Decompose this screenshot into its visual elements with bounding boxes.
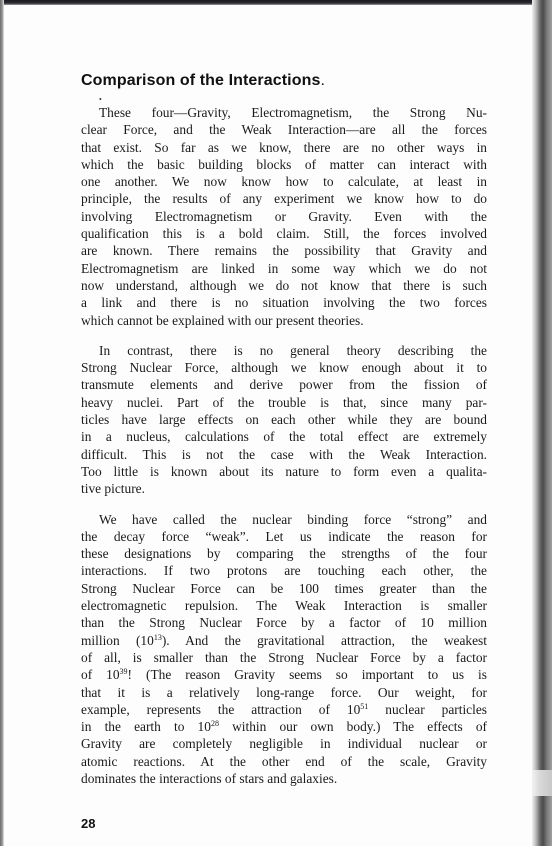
text-line-with-exponent: in the earth to 1028 within our own body…: [81, 718, 487, 735]
text-fragment: of 10: [81, 667, 120, 682]
text-line: that exist. So far as we know, there are…: [81, 139, 487, 156]
text-line: which the basic building blocks of matte…: [81, 156, 487, 173]
text-line: difficult. This is not the case with the…: [81, 446, 487, 463]
text-line: transmute elements and derive power from…: [81, 376, 487, 393]
text-line-with-exponent: of 1039! (The reason Gravity seems so im…: [81, 666, 487, 683]
exponent: 39: [120, 667, 128, 676]
text-line: in a nucleus, calculations of the total …: [81, 428, 487, 445]
book-binding-shadow: [532, 0, 552, 846]
text-line: which cannot be explained with our prese…: [81, 312, 487, 329]
text-line: now understand, although we do not know …: [81, 277, 487, 294]
text-line: qualification this is a bold claim. Stil…: [81, 225, 487, 242]
page-number: 28: [81, 816, 95, 831]
exponent: 13: [154, 633, 162, 642]
text-line: interactions. If two protons are touchin…: [81, 562, 487, 579]
text-line-with-exponent: example, represents the attraction of 10…: [81, 701, 487, 718]
text-line: a link and there is no situation involvi…: [81, 294, 487, 311]
text-line: involving Electromagnetism or Gravity. E…: [81, 208, 487, 225]
text-line: one another. We now know how to calculat…: [81, 173, 487, 190]
text-line: are known. There remains the possibility…: [81, 242, 487, 259]
text-line: than the Strong Nuclear Force by a facto…: [81, 614, 487, 631]
text-line: Strong Nuclear Force, although we know e…: [81, 359, 487, 376]
text-line: Electromagnetism are linked in some way …: [81, 260, 487, 277]
text-line: tive picture.: [81, 480, 487, 497]
scan-top-edge: [0, 0, 552, 5]
section-heading: Comparison of the Interactions.: [81, 72, 487, 90]
text-fragment: million (10: [81, 633, 154, 648]
text-line: clear Force, and the Weak Interaction—ar…: [81, 121, 487, 138]
heading-trailing-mark: .: [320, 72, 325, 89]
text-line: These four—Gravity, Electromagnetism, th…: [81, 104, 487, 121]
text-line: of all, is smaller than the Strong Nucle…: [81, 649, 487, 666]
text-line: principle, the results of any experiment…: [81, 190, 487, 207]
text-fragment: ! (The reason Gravity seems so important…: [128, 667, 487, 682]
text-fragment: example, represents the attraction of 10: [81, 702, 360, 717]
exponent: 28: [211, 719, 219, 728]
binding-gap: [532, 770, 552, 796]
paragraph-3: We have called the nuclear binding force…: [81, 511, 487, 788]
section-heading-text: Comparison of the Interactions: [81, 72, 320, 89]
text-line: these designations by comparing the stre…: [81, 545, 487, 562]
text-line: Gravity are completely negligible in ind…: [81, 735, 487, 752]
text-line: dominates the interactions of stars and …: [81, 770, 487, 787]
text-line: that it is a relatively long-range force…: [81, 684, 487, 701]
text-line: the decay force “weak”. Let us indicate …: [81, 528, 487, 545]
text-line-with-exponent: million (1013). And the gravitational at…: [81, 632, 487, 649]
text-fragment: within our own body.) The effects of: [219, 719, 487, 734]
bullet-mark: •: [99, 96, 487, 104]
text-line: Too little is known about its nature to …: [81, 463, 487, 480]
text-fragment: ). And the gravitational attraction, the…: [162, 633, 487, 648]
text-line: ticles have large effects on each other …: [81, 411, 487, 428]
text-line: electromagnetic repulsion. The Weak Inte…: [81, 597, 487, 614]
text-line: atomic reactions. At the other end of th…: [81, 753, 487, 770]
text-fragment: nuclear particles: [368, 702, 487, 717]
book-page: Comparison of the Interactions. • These …: [81, 72, 487, 787]
text-fragment: in the earth to 10: [81, 719, 211, 734]
paragraph-1: These four—Gravity, Electromagnetism, th…: [81, 104, 487, 329]
text-line: heavy nuclei. Part of the trouble is tha…: [81, 394, 487, 411]
text-line: In contrast, there is no general theory …: [81, 342, 487, 359]
text-line: We have called the nuclear binding force…: [81, 511, 487, 528]
text-line: Strong Nuclear Force can be 100 times gr…: [81, 580, 487, 597]
paragraph-2: In contrast, there is no general theory …: [81, 342, 487, 498]
scan-left-edge: [0, 0, 4, 846]
